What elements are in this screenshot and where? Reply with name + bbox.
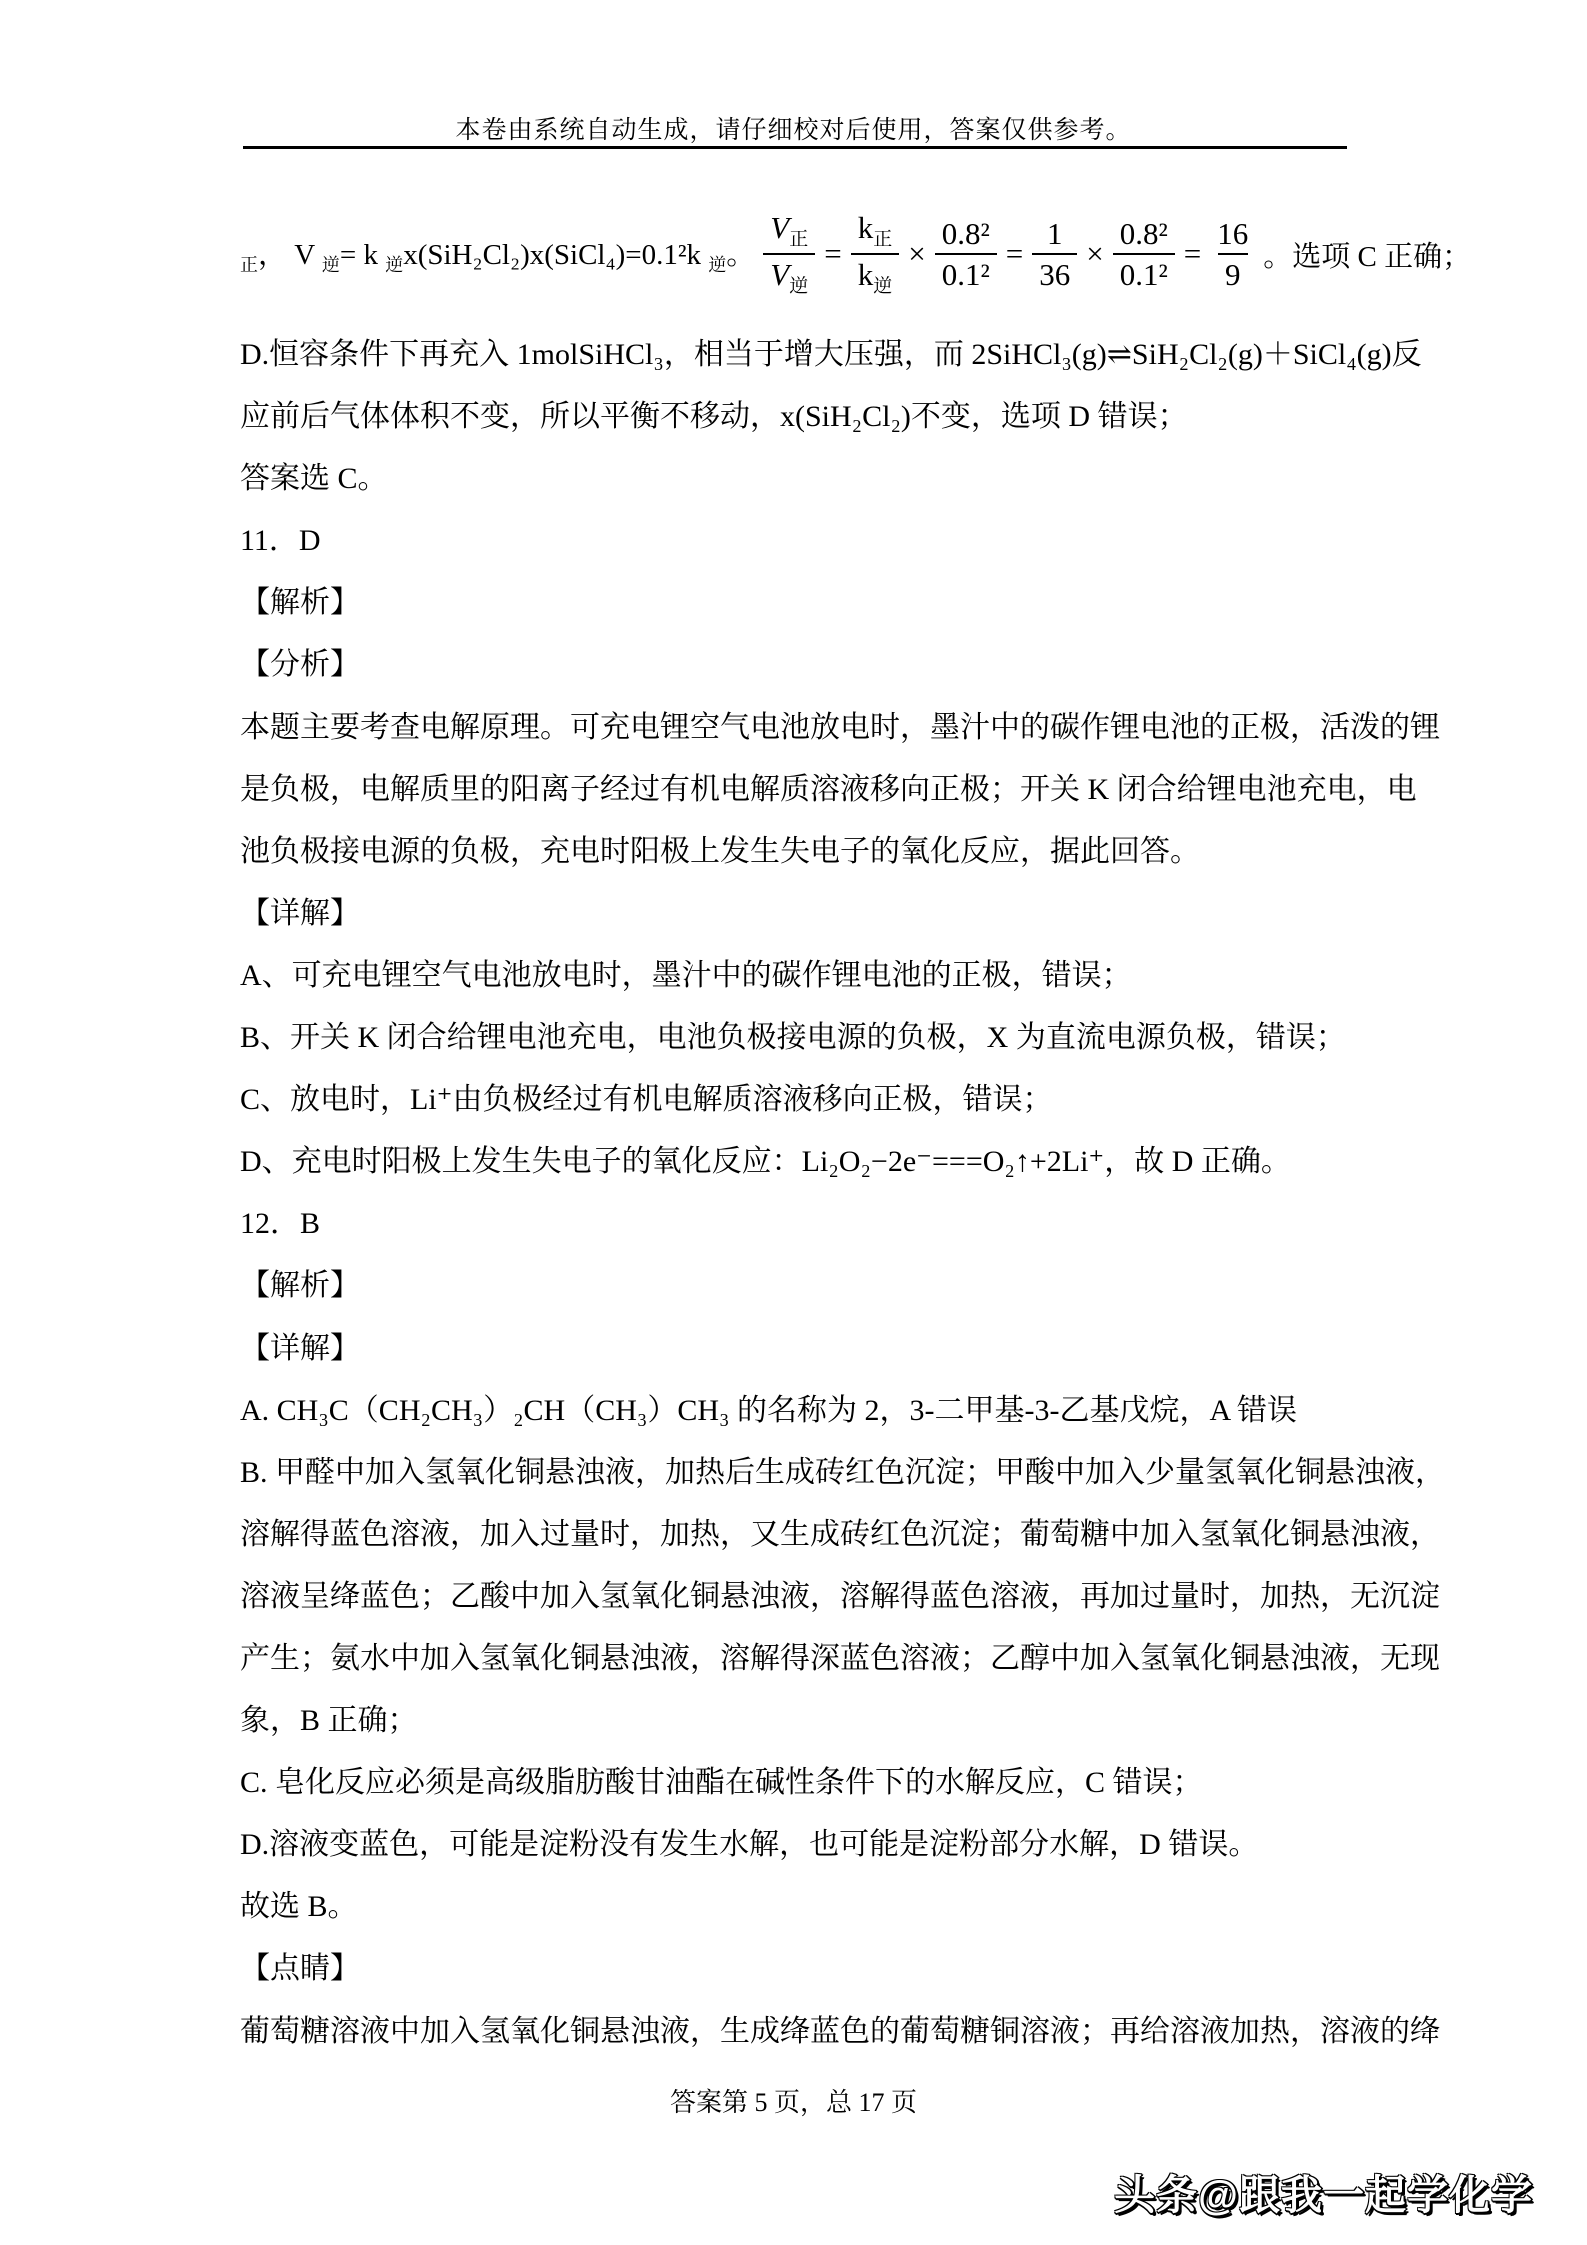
formula-suffix-text: 。选项 C 正确； xyxy=(1263,234,1471,275)
header-rule-divider xyxy=(243,146,1347,149)
document-page: { "header": { "notice": "本卷由系统自动生成，请仔细校对… xyxy=(0,0,1587,2245)
fraction: 136 xyxy=(1032,214,1077,294)
text-line: 11．D xyxy=(240,510,1350,572)
fraction: 0.8²0.1² xyxy=(935,214,997,294)
operator: = xyxy=(1006,236,1023,272)
text-line: D.恒容条件下再充入 1molSiHCl₃，相当于增大压强，而 2SiHCl₃(… xyxy=(240,324,1350,386)
formula-pre-text: 正， V 逆= k 逆x(SiH₂Cl₂)x(SiCl₄)=0.1²k 逆。 xyxy=(240,232,755,277)
text-line: 【点睛】 xyxy=(240,1938,1350,2000)
text-line: B、开关 K 闭合给锂电池充电，电池负极接电源的负极，X 为直流电源负极，错误； xyxy=(240,1007,1350,1069)
operator: × xyxy=(1086,236,1103,272)
text-line: 【详解】 xyxy=(240,883,1350,945)
text-line: 应前后气体体积不变，所以平衡不移动，x(SiH₂Cl₂)不变，选项 D 错误； xyxy=(240,386,1350,448)
fraction: k正k逆 xyxy=(851,208,900,300)
formula-line: 正， V 逆= k 逆x(SiH₂Cl₂)x(SiCl₄)=0.1²k 逆。 V… xyxy=(240,192,1471,316)
operator: = xyxy=(1184,236,1201,272)
text-line: 答案选 C。 xyxy=(240,448,1350,510)
text-line: A、可充电锂空气电池放电时，墨汁中的碳作锂电池的正极，错误； xyxy=(240,945,1350,1007)
fraction: 0.8²0.1² xyxy=(1113,214,1175,294)
text-line: C. 皂化反应必须是高级脂肪酸甘油酯在碱性条件下的水解反应，C 错误； xyxy=(240,1752,1350,1814)
text-line: B. 甲醛中加入氢氧化铜悬浊液，加热后生成砖红色沉淀；甲酸中加入少量氢氧化铜悬浊… xyxy=(240,1442,1350,1504)
text-line: 【详解】 xyxy=(240,1318,1350,1380)
text-line: 溶液呈绛蓝色；乙酸中加入氢氧化铜悬浊液，溶解得蓝色溶液，再加过量时，加热，无沉淀 xyxy=(240,1566,1350,1628)
fraction: V正V逆 xyxy=(763,208,815,300)
header-notice: 本卷由系统自动生成，请仔细校对后使用，答案仅供参考。 xyxy=(0,110,1587,146)
operator: × xyxy=(908,236,925,272)
text-line: 葡萄糖溶液中加入氢氧化铜悬浊液，生成绛蓝色的葡萄糖铜溶液；再给溶液加热，溶液的绛 xyxy=(240,2001,1350,2063)
text-line: C、放电时，Li⁺由负极经过有机电解质溶液移向正极，错误； xyxy=(240,1069,1350,1131)
answer-body: D.恒容条件下再充入 1molSiHCl₃，相当于增大压强，而 2SiHCl₃(… xyxy=(240,324,1350,2063)
watermark-text: 头条@跟我一起学化学 xyxy=(1114,2162,1533,2221)
text-line: A. CH₃C（CH₂CH₃）₂CH（CH₃）CH₃ 的名称为 2，3-二甲基-… xyxy=(240,1380,1350,1442)
text-line: 【分析】 xyxy=(240,634,1350,696)
text-line: 产生；氨水中加入氢氧化铜悬浊液，溶解得深蓝色溶液；乙醇中加入氢氧化铜悬浊液，无现 xyxy=(240,1628,1350,1690)
footer-page-number: 答案第 5 页，总 17 页 xyxy=(0,2082,1587,2119)
text-line: 12．B xyxy=(240,1193,1350,1255)
text-line: 【解析】 xyxy=(240,1255,1350,1317)
text-line: D.溶液变蓝色，可能是淀粉没有发生水解，也可能是淀粉部分水解，D 错误。 xyxy=(240,1814,1350,1876)
fraction: 169 xyxy=(1210,214,1255,294)
text-line: 池负极接电源的负极，充电时阳极上发生失电子的氧化反应，据此回答。 xyxy=(240,821,1350,883)
text-line: 本题主要考查电解原理。可充电锂空气电池放电时，墨汁中的碳作锂电池的正极，活泼的锂 xyxy=(240,697,1350,759)
operator: = xyxy=(824,236,841,272)
text-line: 故选 B。 xyxy=(240,1876,1350,1938)
equation: V正V逆=k正k逆×0.8²0.1²=136×0.8²0.1²=169 xyxy=(759,208,1259,300)
text-line: 是负极，电解质里的阳离子经过有机电解质溶液移向正极；开关 K 闭合给锂电池充电，… xyxy=(240,759,1350,821)
text-line: 【解析】 xyxy=(240,572,1350,634)
text-line: 象，B 正确； xyxy=(240,1690,1350,1752)
text-line: D、充电时阳极上发生失电子的氧化反应：Li₂O₂−2e⁻===O₂↑+2Li⁺，… xyxy=(240,1131,1350,1193)
text-line: 溶解得蓝色溶液，加入过量时，加热，又生成砖红色沉淀；葡萄糖中加入氢氧化铜悬浊液， xyxy=(240,1504,1350,1566)
